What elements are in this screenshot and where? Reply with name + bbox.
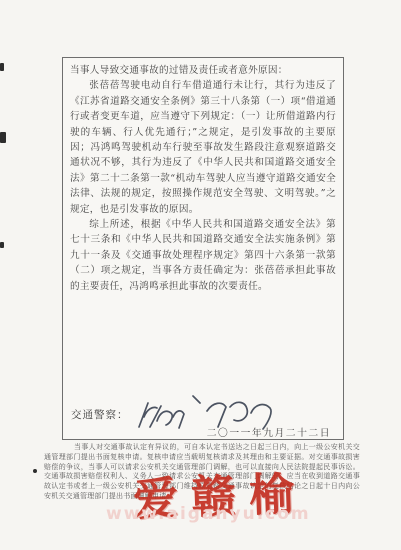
signature-row: 交通警察： 二〇一一年九月二十二日 — [71, 391, 337, 441]
report-main-cell: 当事人导致交通事故的过错及责任或者意外原因： 张蓓蓓驾驶电动自行车借道通行未让行… — [62, 57, 344, 440]
signature-one-stroke — [139, 403, 184, 428]
website-watermark: www.aiganyu.com — [106, 504, 311, 524]
scan-artifact-speck — [33, 469, 37, 473]
fault-section-heading: 当事人导致交通事故的过错及责任或者意外原因： — [70, 63, 336, 78]
scan-artifact-speck — [0, 242, 4, 248]
report-body-text: 当事人导致交通事故的过错及责任或者意外原因： 张蓓蓓驾驶电动自行车借道通行未让行… — [70, 63, 336, 294]
report-date: 二〇一一年九月二十二日 — [207, 425, 331, 439]
scan-artifact-speck — [0, 132, 6, 143]
scanned-accident-report-page: 当事人导致交通事故的过错及责任或者意外原因： 张蓓蓓驾驶电动自行车借道通行未让行… — [0, 0, 401, 550]
traffic-police-label: 交通警察： — [71, 407, 129, 422]
signature-tick-stroke — [193, 396, 200, 403]
scan-artifact-speck — [0, 63, 4, 71]
fault-analysis-paragraph: 张蓓蓓驾驶电动自行车借道通行未让行，其行为违反了《江苏省道路交通安全条例》第三十… — [70, 78, 336, 217]
responsibility-conclusion-paragraph: 综上所述，根据《中华人民共和国道路交通安全法》第七十三条和《中华人民共和国道路交… — [70, 217, 336, 294]
